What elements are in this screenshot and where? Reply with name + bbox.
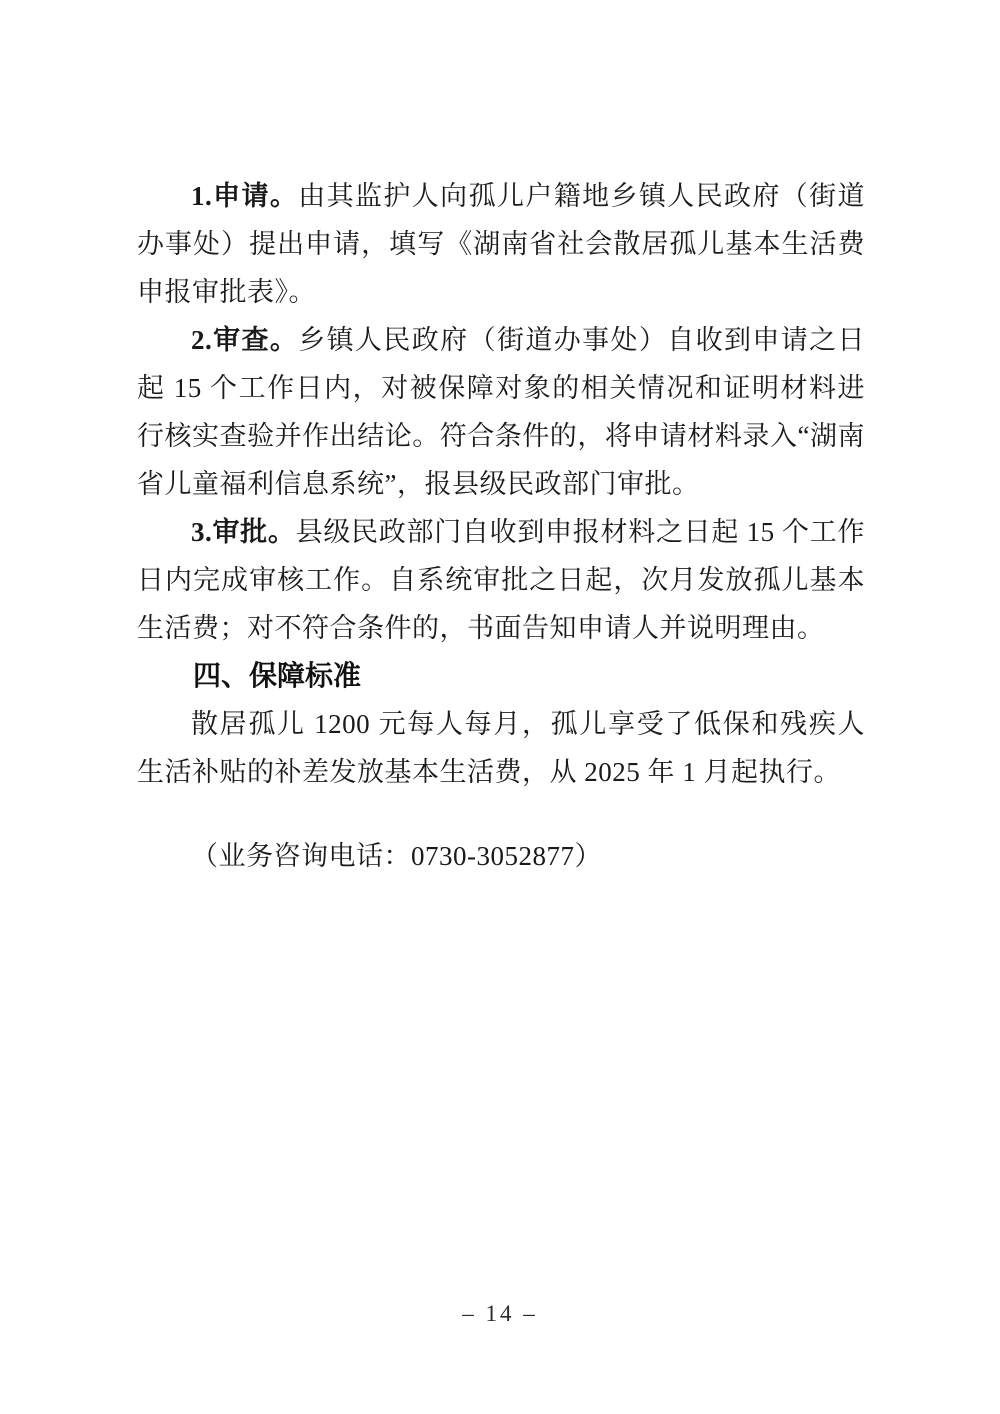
section-heading: 四、保障标准 [137,652,865,700]
paragraph-approval: 3.审批。县级民政部门自收到申报材料之日起 15 个工作日内完成审核工作。自系统… [137,508,865,652]
document-body: 1.申请。由其监护人向孤儿户籍地乡镇人民政府（街道办事处）提出申请，填写《湖南省… [137,172,865,880]
paragraph-review: 2.审查。乡镇人民政府（街道办事处）自收到申请之日起 15 个工作日内，对被保障… [137,316,865,508]
paragraph-approval-label: 3.审批。 [191,517,296,547]
paragraph-review-label: 2.审查。 [191,325,298,355]
contact-phone-line: （业务咨询电话：0730-3052877） [137,832,865,880]
paragraph-application-label: 1.申请。 [191,181,298,211]
paragraph-standard: 散居孤儿 1200 元每人每月，孤儿享受了低保和残疾人生活补贴的补差发放基本生活… [137,700,865,796]
page-number: – 14 – [0,1294,1000,1334]
paragraph-application: 1.申请。由其监护人向孤儿户籍地乡镇人民政府（街道办事处）提出申请，填写《湖南省… [137,172,865,316]
document-page: 1.申请。由其监护人向孤儿户籍地乡镇人民政府（街道办事处）提出申请，填写《湖南省… [0,0,1000,1414]
